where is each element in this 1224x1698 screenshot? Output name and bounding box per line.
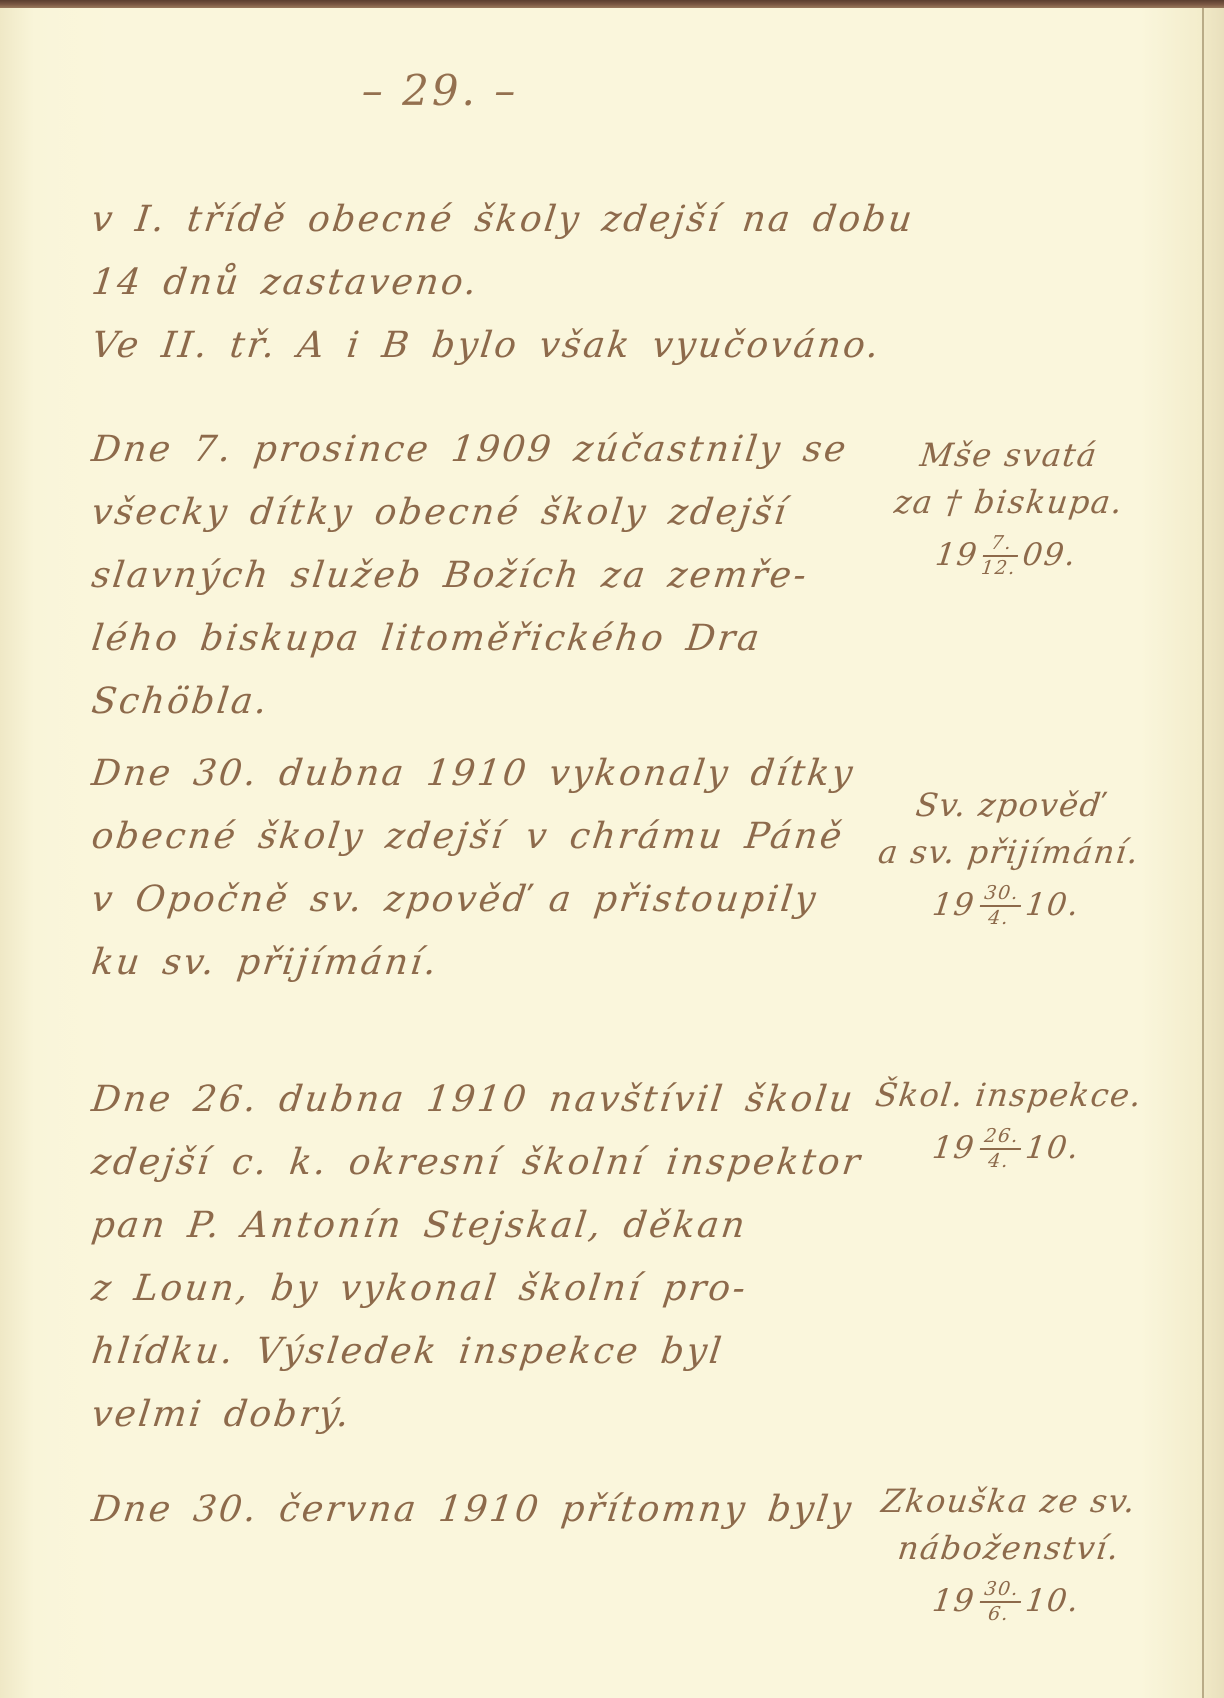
margin-note-line: za † biskupa. (838, 479, 1180, 526)
margin-date: 19 26. 4. 10. (835, 1125, 1177, 1172)
date-day: 30. (980, 883, 1024, 907)
handwritten-line: ku sv. přijímání. (88, 931, 876, 994)
handwritten-line: v I. třídě obecné školy zdejší na dobu (88, 188, 876, 251)
margin-note-line: Mše svatá (838, 432, 1180, 479)
handwritten-line: 14 dnů zastaveno. (88, 251, 876, 314)
margin-note-religion-exam: Zkouška ze sv. náboženství. 19 30. 6. 10… (838, 1478, 1174, 1625)
handwritten-line: Dne 30. června 1910 přítomny byly (88, 1478, 876, 1541)
handwritten-line: lého biskupa litoměřického Dra (88, 607, 876, 670)
handwritten-line: zdejší c. k. okresní školní inspektor (88, 1131, 876, 1194)
margin-note-line: náboženství. (838, 1525, 1180, 1572)
date-year: 09. (1020, 532, 1080, 579)
date-month: 4. (977, 907, 1020, 929)
date-day: 30. (980, 1579, 1024, 1603)
handwritten-line: Dne 7. prosince 1909 zúčastnily se (88, 418, 876, 481)
margin-note-line: Sv. zpověď (838, 782, 1180, 829)
date-day: 7. (983, 533, 1021, 557)
date-fraction: 30. 6. (977, 1579, 1023, 1624)
date-fraction: 30. 4. (977, 883, 1023, 928)
handwritten-line: Dne 30. dubna 1910 vykonaly dítky (88, 742, 876, 805)
handwritten-line: hlídku. Výsledek inspekce byl (88, 1320, 876, 1383)
date-day: 26. (980, 1126, 1024, 1150)
handwritten-line: všecky dítky obecné školy zdejší (88, 481, 876, 544)
date-year: 10. (1023, 1578, 1083, 1625)
paragraph-religion-exam: Dne 30. června 1910 přítomny byly (88, 1478, 868, 1541)
margin-note-confession: Sv. zpověď a sv. přijímání. 19 30. 4. 10… (838, 782, 1174, 929)
margin-note-inspection: Škol. inspekce. 19 26. 4. 10. (838, 1072, 1174, 1172)
handwritten-line: Schöbla. (88, 670, 876, 733)
date-month: 4. (977, 1150, 1020, 1172)
handwritten-line: obecné školy zdejší v chrámu Páně (88, 805, 876, 868)
chronicle-page: – 29. – v I. třídě obecné školy zdejší n… (0, 0, 1224, 1698)
margin-date: 19 30. 6. 10. (835, 1578, 1177, 1625)
page-number: – 29. – (360, 66, 520, 115)
date-fraction: 7. 12. (980, 533, 1020, 578)
handwritten-line: slavných služeb Božích za zemře- (88, 544, 876, 607)
paragraph-inspection: Dne 26. dubna 1910 navštívil školu zdejš… (88, 1068, 868, 1446)
handwritten-line: velmi dobrý. (88, 1383, 876, 1446)
margin-note-holy-mass: Mše svatá za † biskupa. 19 7. 12. 09. (838, 432, 1174, 579)
date-year: 10. (1023, 882, 1083, 929)
handwritten-line: Ve II. tř. A i B bylo však vyučováno. (88, 314, 876, 377)
handwritten-line: pan P. Antonín Stejskal, děkan (88, 1194, 876, 1257)
paragraph-holy-mass: Dne 7. prosince 1909 zúčastnily se všeck… (88, 418, 868, 733)
date-century: 19 (933, 532, 981, 579)
handwritten-line: v Opočně sv. zpověď a přistoupily (88, 868, 876, 931)
handwritten-line: Dne 26. dubna 1910 navštívil školu (88, 1068, 876, 1131)
margin-note-line: a sv. přijímání. (838, 829, 1180, 876)
paragraph-continuation: v I. třídě obecné školy zdejší na dobu 1… (88, 188, 868, 377)
date-fraction: 26. 4. (977, 1126, 1023, 1171)
margin-date: 19 30. 4. 10. (835, 882, 1177, 929)
margin-note-line: Zkouška ze sv. (838, 1478, 1180, 1525)
date-month: 6. (977, 1603, 1020, 1625)
date-century: 19 (930, 1578, 978, 1625)
paragraph-confession: Dne 30. dubna 1910 vykonaly dítky obecné… (88, 742, 868, 994)
margin-date: 19 7. 12. 09. (835, 532, 1177, 579)
date-year: 10. (1023, 1125, 1083, 1172)
book-binding-edge (0, 0, 1224, 8)
page-edge-line (1202, 8, 1204, 1698)
date-century: 19 (930, 1125, 978, 1172)
page-edge-shade (1204, 8, 1224, 1698)
handwritten-line: z Loun, by vykonal školní pro- (88, 1257, 876, 1320)
date-century: 19 (930, 882, 978, 929)
date-month: 12. (980, 557, 1017, 579)
margin-note-line: Škol. inspekce. (838, 1072, 1180, 1119)
